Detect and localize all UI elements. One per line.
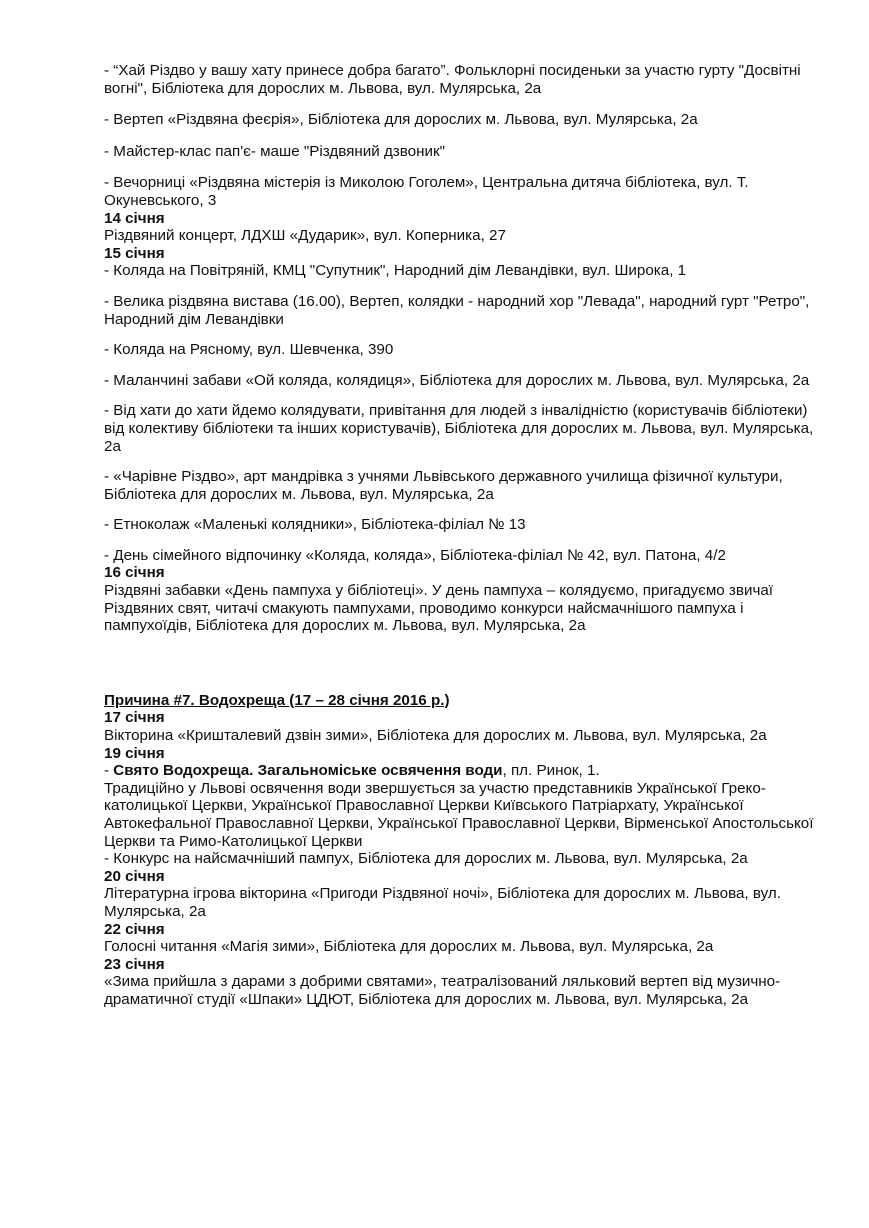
event-item: - Маланчині забави «Ой коляда, колядиця»… (104, 372, 824, 390)
date-heading-15: 15 січня (104, 245, 824, 263)
event-item: - “Хай Різдво у вашу хату принесе добра … (104, 62, 824, 97)
date-heading-16: 16 січня (104, 564, 824, 582)
event-item: «Зима прийшла з дарами з добрими святами… (104, 973, 824, 1008)
event-item: - Велика різдвяна вистава (16.00), Верте… (104, 293, 824, 328)
event-item: - Коляда на Повітряній, КМЦ "Супутник", … (104, 262, 824, 280)
document-page: - “Хай Різдво у вашу хату принесе добра … (104, 62, 824, 1009)
event-item: - Від хати до хати йдемо колядувати, при… (104, 402, 824, 455)
event-description: Традиційно у Львові освячення води зверш… (104, 780, 824, 850)
event-item: - «Чарівне Різдво», арт мандрівка з учня… (104, 468, 824, 503)
event-item: Вікторина «Кришталевий дзвін зими», Бібл… (104, 727, 824, 745)
date-heading-17: 17 січня (104, 709, 824, 727)
event-item: - Конкурс на найсмачніший пампух, Бібліо… (104, 850, 824, 868)
event-item: - Етноколаж «Маленькі колядники», Бібліо… (104, 516, 824, 534)
event-item: - Коляда на Рясному, вул. Шевченка, 390 (104, 341, 824, 359)
event-title-bold: Свято Водохреща. Загальноміське освяченн… (113, 762, 502, 779)
event-item: - День сімейного відпочинку «Коляда, кол… (104, 547, 824, 565)
event-item: - Майстер-клас пап'є- маше "Різдвяний дз… (104, 143, 824, 161)
event-item: - Вертеп «Різдвяна феєрія», Бібліотека д… (104, 111, 824, 129)
event-item: Літературна ігрова вікторина «Пригоди Рі… (104, 885, 824, 920)
event-item: Голосні читання «Магія зими», Бібліотека… (104, 938, 824, 956)
date-heading-23: 23 січня (104, 956, 824, 974)
section-heading: Причина #7. Водохреща (17 – 28 січня 201… (104, 692, 824, 710)
event-item: Різдвяний концерт, ЛДХШ «Дударик», вул. … (104, 227, 824, 245)
event-item-main: - Свято Водохреща. Загальноміське освяче… (104, 762, 824, 780)
section-spacer (104, 635, 824, 692)
date-heading-14: 14 січня (104, 210, 824, 228)
date-heading-22: 22 січня (104, 921, 824, 939)
event-item: - Вечорниці «Різдвяна містерія із Миколо… (104, 174, 824, 209)
event-item: Різдвяні забавки «День пампуха у бібліот… (104, 582, 824, 635)
date-heading-20: 20 січня (104, 868, 824, 886)
date-heading-19: 19 січня (104, 745, 824, 763)
